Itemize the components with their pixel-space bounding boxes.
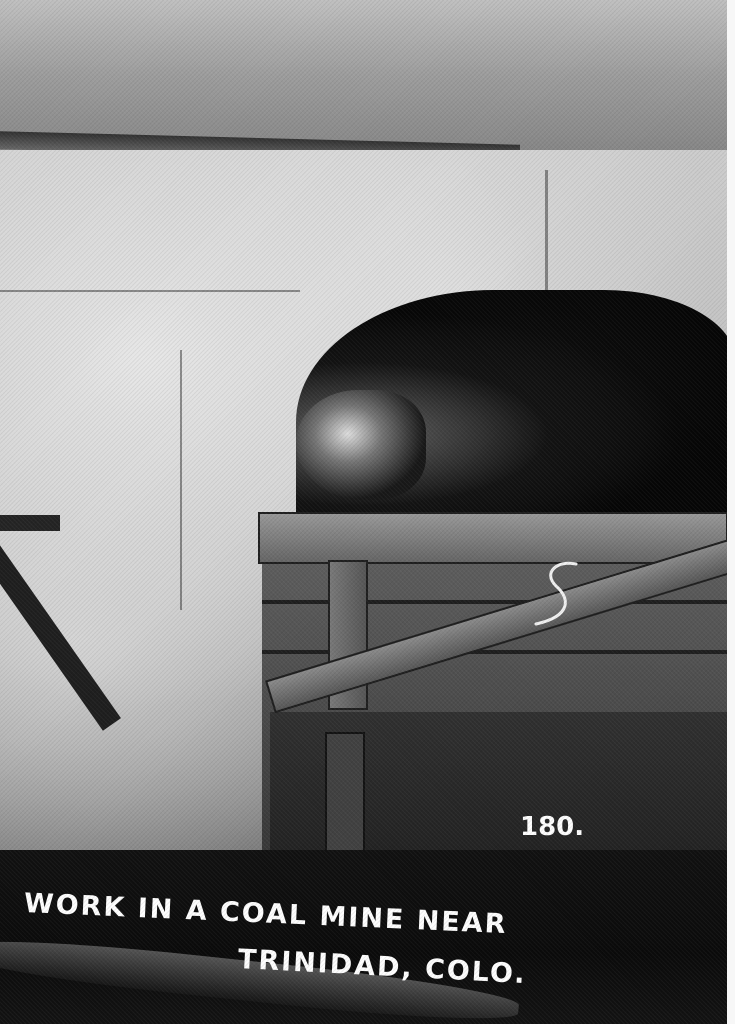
coal-lump bbox=[296, 390, 426, 500]
chalk-s-mark bbox=[528, 558, 588, 632]
plate-number: 180. bbox=[520, 812, 584, 842]
postcard-border bbox=[727, 0, 735, 1024]
mine-ceiling bbox=[0, 0, 727, 150]
pick-handle-bar bbox=[0, 515, 60, 531]
wall-crack bbox=[0, 290, 300, 292]
wall-crack bbox=[180, 350, 182, 610]
mine-car-top-rail bbox=[258, 512, 727, 564]
postcard-photo: 180. WORK IN A COAL MINE NEAR TRINIDAD, … bbox=[0, 0, 727, 1024]
